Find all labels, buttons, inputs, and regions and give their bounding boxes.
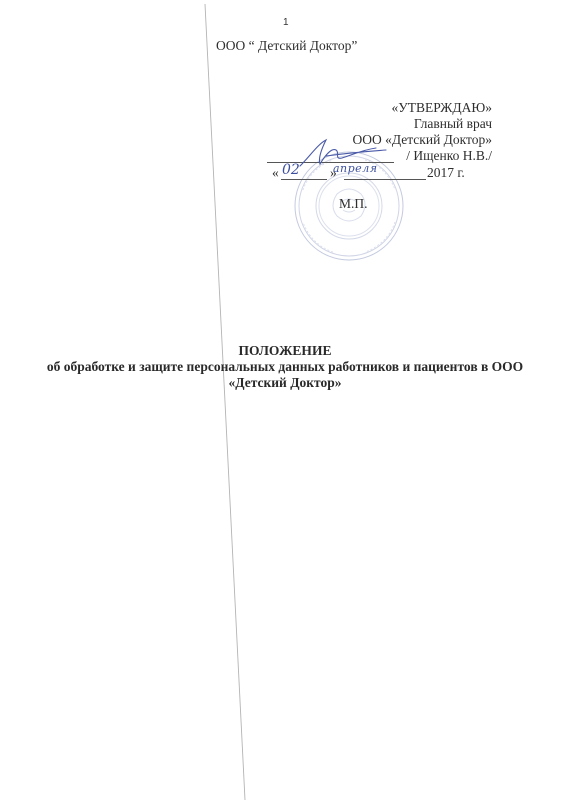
document-subtitle-line-2: «Детский Доктор» — [0, 375, 570, 391]
signature-row: / Ищенко Н.В./ — [267, 148, 492, 164]
signatory-name: / Ищенко Н.В./ — [406, 148, 492, 164]
date-open-quote: « — [272, 165, 279, 181]
document-subtitle-line-1: об обработке и защите персональных данны… — [0, 359, 570, 375]
seal-placeholder-label: М.П. — [339, 196, 368, 212]
month-blank-line — [344, 179, 426, 180]
approval-block: «УТВЕРЖДАЮ» Главный врач ООО «Детский До… — [353, 100, 493, 148]
organization-header: ООО “ Детский Доктор” — [216, 38, 357, 54]
document-title: ПОЛОЖЕНИЕ — [0, 343, 570, 359]
approved-label: «УТВЕРЖДАЮ» — [353, 100, 493, 116]
page-number: 1 — [283, 17, 289, 28]
day-blank-line — [281, 179, 327, 180]
approver-organization: ООО «Детский Доктор» — [353, 132, 493, 148]
approver-position: Главный врач — [353, 116, 493, 132]
handwritten-month: апреля — [333, 162, 377, 175]
handwritten-day: 02 — [282, 162, 300, 178]
document-title-block: ПОЛОЖЕНИЕ об обработке и защите персонал… — [0, 343, 570, 391]
date-year: 2017 г. — [427, 165, 465, 181]
